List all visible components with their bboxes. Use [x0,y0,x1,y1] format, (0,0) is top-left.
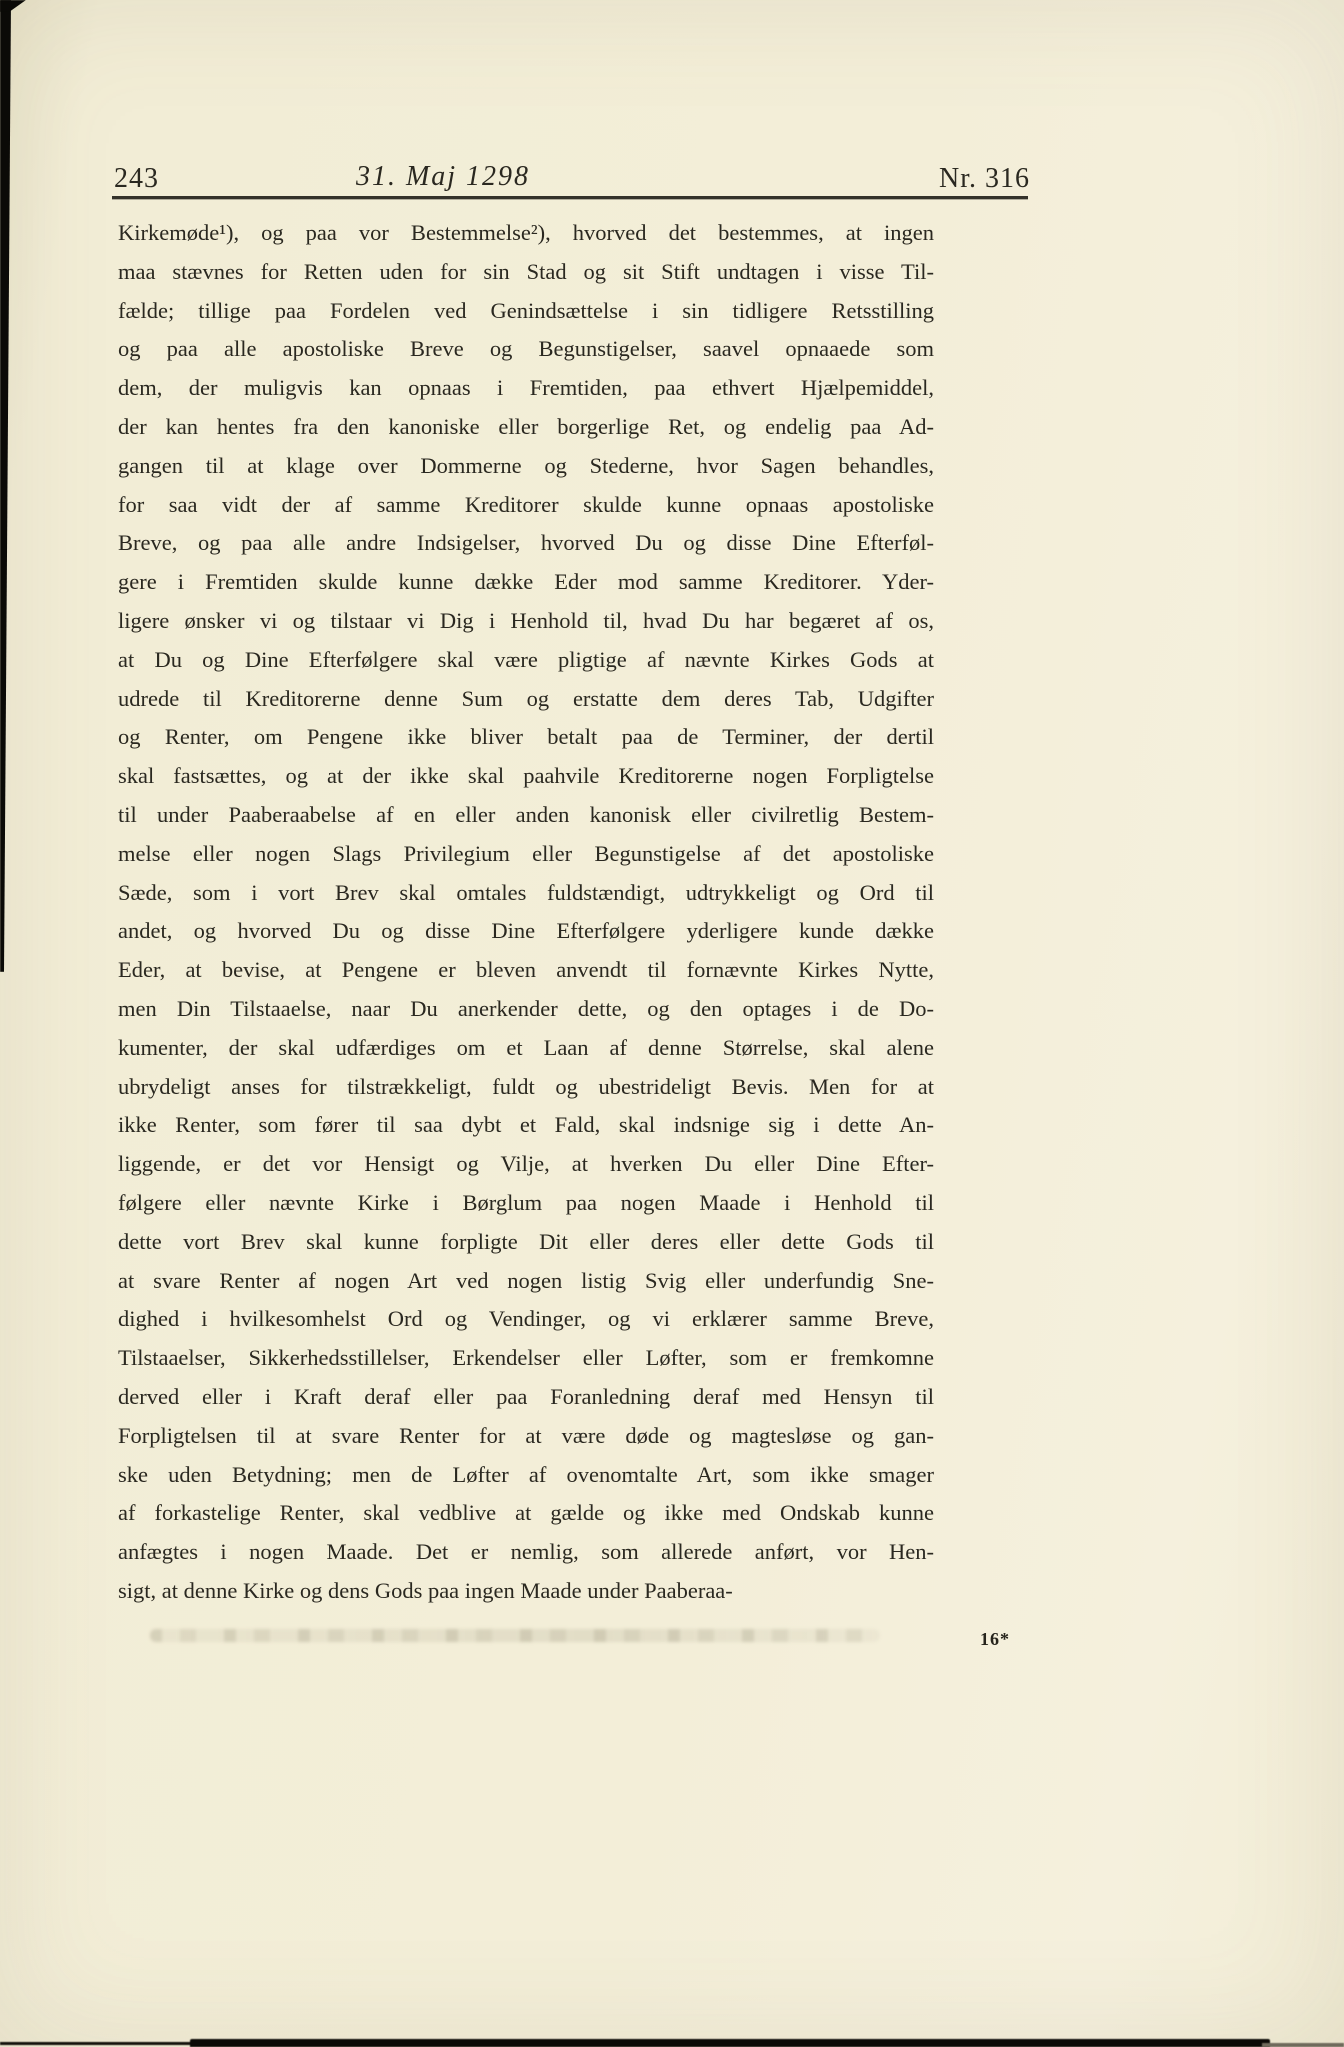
body-line: Breve, og paa alle andre Indsigelser, hv… [118,524,934,563]
body-text: Kirkemøde¹), og paa vor Bestemmelse²), h… [118,214,934,1611]
body-line: maa stævnes for Retten uden for sin Stad… [118,253,934,292]
body-line: andet, og hvorved Du og disse Dine Efter… [118,912,934,951]
body-line: at svare Renter af nogen Art ved nogen l… [118,1262,934,1301]
date-heading: 31. Maj 1298 [118,161,768,193]
body-line: følgere eller nævnte Kirke i Børglum paa… [118,1184,934,1223]
body-line: udrede til Kreditorerne denne Sum og ers… [118,680,934,719]
body-line: Eder, at bevise, at Pengene er bleven an… [118,951,934,990]
signature-mark: 16* [980,1629,1010,1650]
body-line: dette vort Brev skal kunne forpligte Dit… [118,1223,934,1262]
body-line: af forkastelige Renter, skal vedblive at… [118,1494,934,1533]
body-line: Tilstaaelser, Sikkerhedsstillelser, Erke… [118,1339,934,1378]
body-line: fælde; tillige paa Fordelen ved Genindsæ… [118,292,934,331]
scan-corner-top-left [0,0,26,12]
body-line: ske uden Betydning; men de Løfter af ove… [118,1456,934,1495]
scan-edge-bottom-thin [0,2042,200,2045]
body-line: at Du og Dine Efterfølgere skal være pli… [118,641,934,680]
body-line: ligere ønsker vi og tilstaar vi Dig i He… [118,602,934,641]
header-rule [112,196,1028,199]
body-line: men Din Tilstaaelse, naar Du anerkender … [118,990,934,1029]
body-line: til under Paaberaabelse af en eller ande… [118,796,934,835]
body-line: skal fastsættes, og at der ikke skal paa… [118,757,934,796]
body-line: gere i Fremtiden skulde kunne dække Eder… [118,563,934,602]
body-line: kumenter, der skal udfærdiges om et Laan… [118,1029,934,1068]
body-line: for saa vidt der af samme Kreditorer sku… [118,486,934,525]
entry-number: Nr. 316 [939,163,1030,195]
scan-edge-bottom-tail [1262,2043,1344,2047]
body-line: melse eller nogen Slags Privilegium elle… [118,835,934,874]
scan-edge-bottom [190,2039,1270,2047]
body-line: derved eller i Kraft deraf eller paa For… [118,1378,934,1417]
body-line: sigt, at denne Kirke og dens Gods paa in… [118,1572,934,1611]
body-line: dem, der muligvis kan opnaas i Fremtiden… [118,369,934,408]
scan-edge-left [0,0,13,972]
book-page: 243 31. Maj 1298 Nr. 316 Kirkemøde¹), og… [0,0,1344,2047]
body-line: liggende, er det vor Hensigt og Vilje, a… [118,1145,934,1184]
body-line: og paa alle apostoliske Breve og Begunst… [118,330,934,369]
body-line: og Renter, om Pengene ikke bliver betalt… [118,718,934,757]
ink-showthrough-smudge [150,1629,880,1642]
body-line: anfægtes i nogen Maade. Det er nemlig, s… [118,1533,934,1572]
body-line: gangen til at klage over Dommerne og Ste… [118,447,934,486]
body-line: der kan hentes fra den kanoniske eller b… [118,408,934,447]
body-line: dighed i hvilkesomhelst Ord og Vendinger… [118,1300,934,1339]
body-line: ikke Renter, som fører til saa dybt et F… [118,1106,934,1145]
body-line: Forpligtelsen til at svare Renter for at… [118,1417,934,1456]
body-line: Sæde, som i vort Brev skal omtales fulds… [118,874,934,913]
body-line: Kirkemøde¹), og paa vor Bestemmelse²), h… [118,214,934,253]
body-line: ubrydeligt anses for tilstrækkeligt, ful… [118,1068,934,1107]
